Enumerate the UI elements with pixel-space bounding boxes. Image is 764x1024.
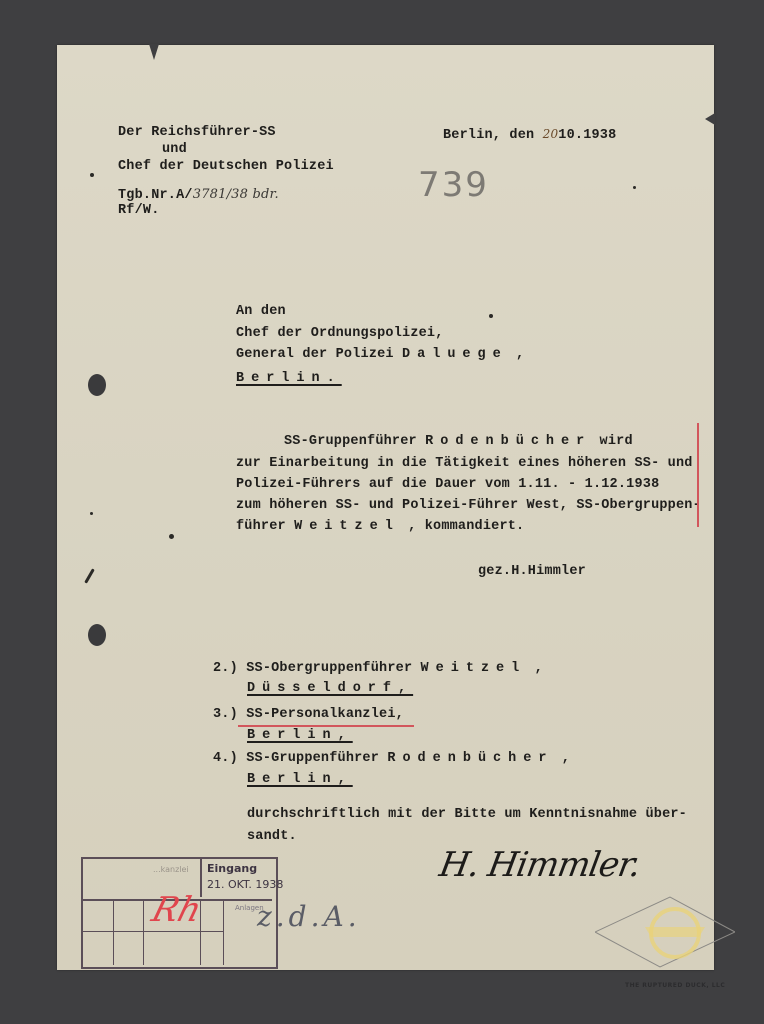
stamp-divider (83, 931, 223, 932)
handwritten-signature: H. Himmler. (436, 845, 643, 885)
recipient-line2: Chef der Ordnungspolizei, (236, 326, 444, 341)
closing-line1: durchschriftlich mit der Bitte um Kenntn… (247, 807, 687, 822)
distribution-item-3: 3.) SS-Personalkanzlei, (213, 707, 404, 722)
red-pencil-margin-mark (697, 423, 699, 527)
stamp-title: Eingang (207, 862, 257, 875)
paper-tear-top (149, 44, 159, 60)
ink-speck (169, 534, 174, 539)
distribution-item-4: 4.) SS-Gruppenführer Rodenbücher , (213, 751, 570, 766)
stamp-date: 21. OKT. 1938 (207, 878, 283, 891)
body-line3: Polizei-Führers auf die Dauer vom 1.11. … (236, 477, 659, 492)
dateline: Berlin, den 2010.1938 (443, 127, 616, 143)
body-line2: zur Einarbeitung in die Tätigkeit eines … (236, 456, 693, 471)
watermark-credit: THE RUPTURED DUCK, LLC (625, 982, 725, 989)
ink-speck (489, 314, 493, 318)
paper-tear-right (705, 113, 715, 125)
body-line5: führer Weitzel , kommandiert. (236, 519, 524, 534)
ink-speck (633, 186, 636, 189)
stamp-divider (223, 899, 224, 965)
recipient-city: Berlin. (236, 371, 342, 386)
typed-signature: gez.H.Himmler (478, 564, 586, 579)
ink-speck (90, 512, 93, 515)
dealer-watermark (595, 895, 735, 969)
body-line4: zum höheren SS- und Polizei-Führer West,… (236, 498, 701, 513)
distribution-city-4: Berlin, (247, 772, 353, 787)
distribution-city-2: Düsseldorf, (247, 681, 413, 696)
red-pencil-underline (238, 725, 414, 727)
ink-speck (90, 173, 94, 177)
ink-stroke-mark (84, 568, 95, 583)
stamp-divider (143, 899, 144, 965)
punch-hole-top (88, 374, 106, 396)
stamp-left-header: ...kanzlei (153, 865, 189, 874)
letterhead-line1: Der Reichsführer-SS (118, 125, 276, 140)
letterhead-line3: Chef der Deutschen Polizei (118, 159, 334, 174)
recipient-line3: General der Polizei Daluege , (236, 347, 524, 362)
red-initials: Rh (148, 890, 206, 930)
file-number-pencil: 739 (418, 165, 489, 205)
document-page: Der Reichsführer-SS und Chef der Deutsch… (57, 45, 714, 970)
stamp-divider (113, 899, 114, 965)
recipient-line1: An den (236, 304, 286, 319)
distribution-item-2: 2.) SS-Obergruppenführer Weitzel , (213, 661, 543, 676)
letterhead-line2: und (162, 142, 187, 157)
reference-line2: Rf/W. (118, 203, 160, 218)
pencil-note: z.d.A. (257, 900, 361, 933)
reference-number: Tgb.Nr.A/3781/38 bdr. (118, 187, 279, 203)
closing-line2: sandt. (247, 829, 297, 844)
punch-hole-bottom (88, 624, 106, 646)
date-day-handwritten: 20 (543, 127, 559, 141)
body-line1: SS-Gruppenführer Rodenbücher wird (284, 434, 633, 449)
distribution-city-3: Berlin, (247, 728, 353, 743)
reference-handwritten: 3781/38 bdr. (193, 187, 279, 202)
